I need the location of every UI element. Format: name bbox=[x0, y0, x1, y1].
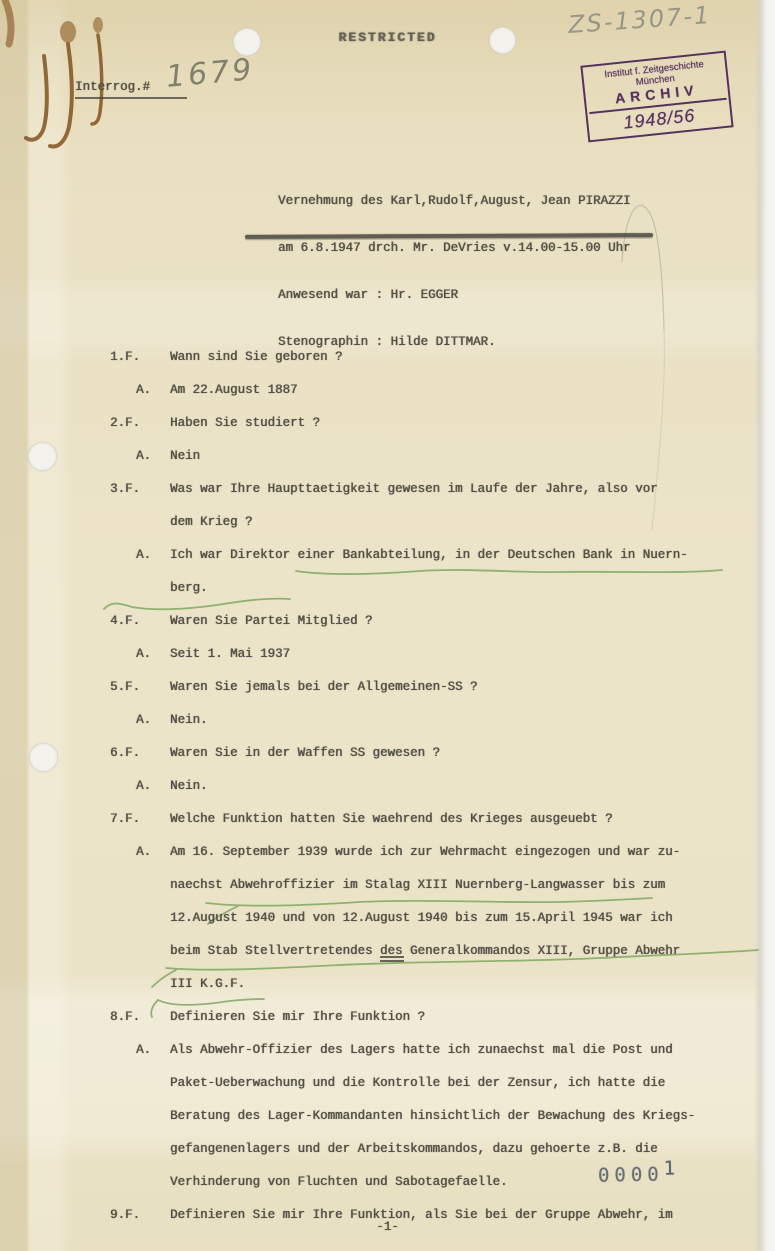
archive-stamp: Institut f. Zeitgeschichte München ARCHI… bbox=[580, 51, 733, 143]
rust-pin-2 bbox=[50, 44, 72, 147]
qa-text: Nein bbox=[170, 449, 200, 463]
qa-label: 7.F. bbox=[110, 812, 140, 826]
qa-label: A. bbox=[136, 548, 151, 562]
qa-label: 8.F. bbox=[110, 1010, 140, 1024]
qa-line: A.Nein. bbox=[110, 779, 765, 812]
punch-hole-left-lower bbox=[29, 743, 58, 772]
qa-text: gefangenenlagers und der Arbeitskommando… bbox=[170, 1142, 658, 1156]
qa-text: Waren Sie in der Waffen SS gewesen ? bbox=[170, 746, 440, 760]
qa-line: 5.F.Waren Sie jemals bei der Allgemeinen… bbox=[110, 680, 765, 713]
qa-label: 3.F. bbox=[110, 482, 140, 496]
qa-line: 8.F.Definieren Sie mir Ihre Funktion ? bbox=[110, 1010, 765, 1043]
header-line-subject: Vernehmung des Karl,Rudolf,August, Jean … bbox=[278, 194, 631, 210]
qa-label: A. bbox=[136, 1043, 151, 1057]
qa-line: III K.G.F. bbox=[110, 977, 765, 1010]
qa-line: 2.F.Haben Sie studiert ? bbox=[110, 416, 765, 449]
qa-line: A.Ich war Direktor einer Bankabteilung, … bbox=[110, 548, 765, 581]
qa-text: dem Krieg ? bbox=[170, 515, 253, 529]
qa-text: naechst Abwehroffizier im Stalag XIII Nu… bbox=[170, 878, 665, 892]
qa-line: 7.F.Welche Funktion hatten Sie waehrend … bbox=[110, 812, 765, 845]
qa-label: A. bbox=[136, 449, 151, 463]
qa-label: 4.F. bbox=[110, 614, 140, 628]
qa-text: Am 22.August 1887 bbox=[170, 383, 298, 397]
qa-line: A.Nein. bbox=[110, 713, 765, 746]
qa-label: 5.F. bbox=[110, 680, 140, 694]
qa-label: A. bbox=[136, 845, 151, 859]
header-line-stenographer: Stenographin : Hilde DITTMAR. bbox=[278, 335, 631, 351]
qa-label: A. bbox=[136, 647, 151, 661]
qa-line: Paket-Ueberwachung und die Kontrolle bei… bbox=[110, 1076, 765, 1109]
qa-text: 12.August 1940 und von 12.August 1940 bi… bbox=[170, 911, 673, 925]
qa-text: Welche Funktion hatten Sie waehrend des … bbox=[170, 812, 613, 826]
header-line-present: Anwesend war : Hr. EGGER bbox=[278, 288, 631, 304]
qa-text: Waren Sie Partei Mitglied ? bbox=[170, 614, 373, 628]
rust-pin-marks bbox=[5, 0, 103, 147]
handwritten-interrog-number: 1679 bbox=[165, 52, 256, 95]
qa-line: dem Krieg ? bbox=[110, 515, 765, 548]
qa-text: Was war Ihre Haupttaetigkeit gewesen im … bbox=[170, 482, 658, 496]
qa-text: Wann sind Sie geboren ? bbox=[170, 350, 343, 364]
qa-text: beim Stab Stellvertretendes des Generalk… bbox=[170, 944, 680, 958]
qa-label: 1.F. bbox=[110, 350, 140, 364]
rust-pin-1 bbox=[26, 56, 47, 140]
qa-line: 4.F.Waren Sie Partei Mitglied ? bbox=[110, 614, 765, 647]
qa-text: Definieren Sie mir Ihre Funktion ? bbox=[170, 1010, 425, 1024]
qa-text: Waren Sie jemals bei der Allgemeinen-SS … bbox=[170, 680, 478, 694]
qa-text: berg. bbox=[170, 581, 208, 595]
qa-label: 2.F. bbox=[110, 416, 140, 430]
qa-line: 1.F.Wann sind Sie geboren ? bbox=[110, 350, 765, 383]
qa-line: A.Am 22.August 1887 bbox=[110, 383, 765, 416]
page-number: -1- bbox=[0, 1220, 775, 1234]
qa-text: Als Abwehr-Offizier des Lagers hatte ich… bbox=[170, 1043, 673, 1057]
qa-text: Beratung des Lager-Kommandanten hinsicht… bbox=[170, 1109, 695, 1123]
document-page: RESTRICTED ZS-1307-1 Interrog.# 1679 Ins… bbox=[0, 0, 775, 1251]
qa-text: Ich war Direktor einer Bankabteilung, in… bbox=[170, 548, 688, 562]
qa-line: 12.August 1940 und von 12.August 1940 bi… bbox=[110, 911, 765, 944]
qa-line: A.Am 16. September 1939 wurde ich zur We… bbox=[110, 845, 765, 878]
qa-text: III K.G.F. bbox=[170, 977, 245, 991]
qa-label: 6.F. bbox=[110, 746, 140, 760]
qa-text: Seit 1. Mai 1937 bbox=[170, 647, 290, 661]
qa-line: berg. bbox=[110, 581, 765, 614]
document-header: Vernehmung des Karl,Rudolf,August, Jean … bbox=[278, 163, 631, 381]
qa-label: A. bbox=[136, 383, 151, 397]
qa-text: Paket-Ueberwachung und die Kontrolle bei… bbox=[170, 1076, 665, 1090]
qa-label: A. bbox=[136, 713, 151, 727]
qa-text: Nein. bbox=[170, 779, 208, 793]
qa-line: naechst Abwehroffizier im Stalag XIII Nu… bbox=[110, 878, 765, 911]
page-sequence-stamp: 00001 bbox=[598, 1163, 681, 1186]
qa-line: 3.F.Was war Ihre Haupttaetigkeit gewesen… bbox=[110, 482, 765, 515]
header-line-date: am 6.8.1947 drch. Mr. DeVries v.14.00-15… bbox=[278, 241, 631, 257]
qa-line: A.Nein bbox=[110, 449, 765, 482]
qa-line: A.Seit 1. Mai 1937 bbox=[110, 647, 765, 680]
qa-line: beim Stab Stellvertretendes des Generalk… bbox=[110, 944, 765, 977]
page-stamp-suffix: 1 bbox=[663, 1157, 680, 1179]
qa-line: Beratung des Lager-Kommandanten hinsicht… bbox=[110, 1109, 765, 1142]
qa-text: Am 16. September 1939 wurde ich zur Wehr… bbox=[170, 845, 680, 859]
qa-label: A. bbox=[136, 779, 151, 793]
qa-text: Haben Sie studiert ? bbox=[170, 416, 320, 430]
qa-text: Nein. bbox=[170, 713, 208, 727]
qa-line: 6.F.Waren Sie in der Waffen SS gewesen ? bbox=[110, 746, 765, 779]
punch-hole-left-upper bbox=[28, 442, 57, 471]
qa-line: A.Als Abwehr-Offizier des Lagers hatte i… bbox=[110, 1043, 765, 1076]
qa-text: Verhinderung von Fluchten und Sabotagefa… bbox=[170, 1175, 508, 1189]
page-stamp-prefix: 0000 bbox=[598, 1164, 664, 1187]
